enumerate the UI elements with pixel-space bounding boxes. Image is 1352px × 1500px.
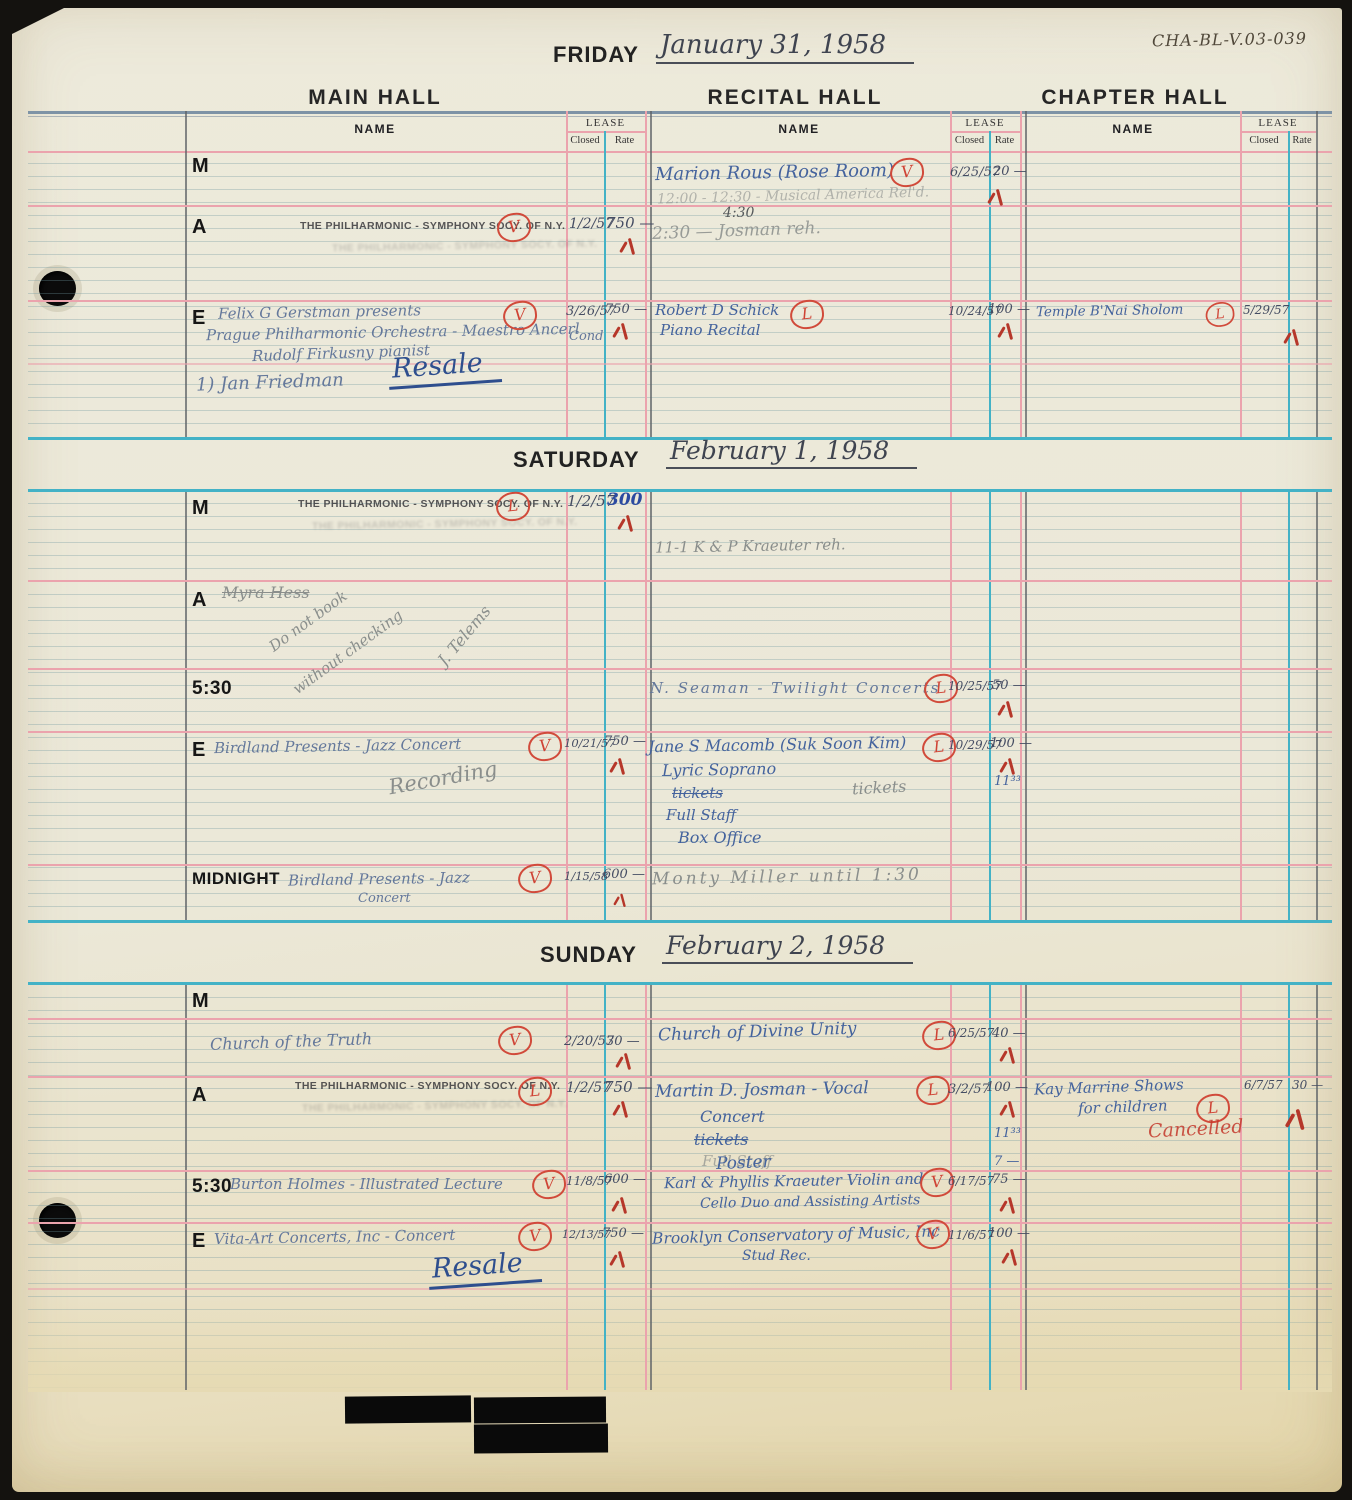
entry-saturday-recital-e-line5: Box Office — [678, 828, 762, 847]
entry-sunday-recital-a-line2: Concert — [700, 1107, 765, 1126]
entry-saturday-midnight-closed: 1/15/58 — [564, 869, 608, 883]
column-line — [950, 490, 952, 921]
row-label-530-sunday: 5:30 — [192, 1176, 232, 1198]
entry-friday-recital-m-time-alt: 4:30 — [723, 205, 754, 221]
row-divider — [28, 363, 1332, 365]
column-line — [1025, 111, 1027, 437]
entry-friday-recital-m-rate: 20 — — [993, 164, 1027, 179]
column-line — [1020, 111, 1022, 437]
column-line — [604, 131, 606, 437]
section-boundary — [28, 982, 1332, 985]
row-divider — [28, 731, 1332, 733]
entry-sunday-recital-a-line5: Poster — [716, 1152, 771, 1174]
entry-sunday-recital-a-closed: 3/2/57 — [948, 1082, 990, 1097]
header-bottom-line — [28, 151, 1332, 153]
entry-sunday-recital-m-rate: 40 — — [992, 1026, 1026, 1041]
red-check-icon — [614, 893, 628, 907]
row-divider — [28, 1018, 1332, 1020]
red-check-icon — [1284, 328, 1302, 346]
column-line — [950, 111, 952, 437]
entry-sunday-recital-530-rate: 75 — — [992, 1172, 1026, 1187]
column-line — [1288, 131, 1290, 437]
redaction-box — [345, 1395, 471, 1423]
red-check-icon — [1286, 1108, 1309, 1131]
column-line — [650, 111, 652, 437]
entry-saturday-recital-e-line2: Lyric Soprano — [662, 759, 776, 780]
entry-friday-recital-e-rate: 100 — — [988, 302, 1030, 317]
entry-sunday-main-e-rate: 750 — — [602, 1226, 644, 1241]
column-line — [1288, 984, 1290, 1390]
entry-saturday-midnight-rate: 600 — — [603, 867, 645, 882]
entry-sunday-chapter-a-closed: 6/7/57 — [1244, 1078, 1283, 1092]
column-line — [604, 490, 606, 921]
entry-saturday-recital-e-rate2: 11³³ — [994, 774, 1021, 789]
lease-divider-chapter — [1240, 131, 1316, 133]
entry-saturday-recital-530-rate: 50 — — [992, 678, 1026, 693]
entry-sunday-main-m-rate: 30 — — [606, 1034, 640, 1049]
row-divider — [28, 668, 1332, 670]
date-saturday: February 1, 1958 — [666, 436, 917, 469]
entry-sunday-recital-a-rate2: 11³³ — [994, 1126, 1021, 1141]
entry-sunday-recital-a-rate: 100 — — [986, 1080, 1028, 1095]
column-line — [1020, 490, 1022, 921]
entry-saturday-main-m-rate: 300 — [607, 490, 643, 510]
entry-friday-main-a-rate: 750 — — [606, 214, 654, 232]
red-check-icon — [998, 700, 1016, 718]
entry-saturday-recital-m-note: 11-1 K & P Kraeuter reh. — [655, 535, 846, 556]
entry-friday-main-e-line1: Felix G Gerstman presents — [218, 301, 421, 323]
column-line — [989, 490, 991, 921]
column-line — [566, 111, 568, 437]
day-title-sunday: SUNDAY — [540, 942, 637, 968]
row-divider — [28, 1288, 1332, 1290]
day-title-friday: FRIDAY — [553, 42, 639, 68]
row-divider — [28, 1222, 1332, 1224]
column-line — [185, 490, 187, 921]
closed-label-chapter: Closed — [1240, 135, 1288, 146]
page-bottom-fade — [28, 1300, 1332, 1392]
lease-label-main: LEASE — [566, 117, 645, 129]
entry-friday-recital-e-line1: Robert D Schick — [655, 301, 779, 319]
row-label-m-saturday: M — [192, 497, 209, 520]
column-line — [650, 984, 652, 1390]
closed-label-main: Closed — [566, 135, 604, 146]
row-label-a-friday: A — [192, 216, 206, 239]
closed-label-recital: Closed — [950, 135, 989, 146]
entry-saturday-recital-e-note: tickets — [852, 777, 907, 799]
hall-title-main: MAIN HALL — [275, 86, 475, 110]
row-label-midnight-saturday: MIDNIGHT — [192, 869, 280, 889]
column-line — [185, 984, 187, 1390]
column-line — [1025, 490, 1027, 921]
column-line — [566, 490, 568, 921]
col-header-name-main: NAME — [275, 122, 475, 136]
redaction-box — [474, 1397, 606, 1424]
red-check-icon — [1000, 757, 1018, 775]
red-check-icon — [998, 322, 1016, 340]
rate-label-recital: Rate — [989, 135, 1020, 146]
red-check-icon — [613, 1100, 631, 1118]
col-header-name-chapter: NAME — [1033, 122, 1233, 136]
entry-sunday-recital-530-closed: 6/17/57 — [948, 1174, 994, 1188]
entry-saturday-main-a-name: Myra Hess — [222, 583, 310, 602]
date-sunday: February 2, 1958 — [662, 931, 913, 964]
row-divider — [28, 580, 1332, 582]
header-top-line-2 — [28, 116, 1332, 117]
row-divider — [28, 1170, 1332, 1172]
column-line — [1240, 984, 1242, 1390]
column-line — [1316, 490, 1318, 921]
red-check-icon — [1000, 1046, 1018, 1064]
row-label-a-saturday: A — [192, 589, 206, 612]
column-line — [185, 111, 187, 437]
lease-label-recital: LEASE — [950, 117, 1020, 129]
header-top-line — [28, 111, 1332, 114]
day-title-saturday: SATURDAY — [513, 447, 640, 473]
section-boundary — [28, 489, 1332, 492]
section-boundary — [28, 920, 1332, 923]
entry-saturday-midnight-line2: Concert — [358, 891, 411, 906]
lease-divider-recital — [950, 131, 1020, 133]
column-line — [1240, 111, 1242, 437]
row-label-e-friday: E — [192, 307, 205, 330]
entry-sunday-recital-e-rate: 100 — — [988, 1226, 1030, 1241]
lease-label-chapter: LEASE — [1240, 117, 1316, 129]
entry-saturday-main-e-rate: 750 — — [604, 734, 646, 749]
row-label-m-sunday: M — [192, 990, 209, 1013]
red-check-icon — [1000, 1100, 1018, 1118]
column-line — [1240, 490, 1242, 921]
entry-sunday-main-a-rate: 750 — — [604, 1078, 652, 1096]
entry-friday-recital-e-line2: Piano Recital — [660, 321, 760, 339]
entry-sunday-recital-e-line2: Stud Rec. — [742, 1248, 811, 1264]
entry-sunday-recital-a-line1: Martin D. Josman - Vocal — [655, 1078, 869, 1102]
catalog-number: CHA-BL-V.03-039 — [1152, 29, 1307, 51]
red-check-icon — [618, 514, 636, 532]
hall-title-recital: RECITAL HALL — [695, 86, 895, 110]
hall-title-chapter: CHAPTER HALL — [1035, 86, 1235, 110]
entry-friday-chapter-e-closed: 5/29/57 — [1243, 303, 1289, 317]
rate-label-main: Rate — [604, 135, 645, 146]
entry-friday-main-e-line2b: Cond — [569, 329, 603, 344]
red-check-icon — [613, 322, 631, 340]
red-check-icon — [610, 1250, 628, 1268]
column-line — [645, 111, 647, 437]
row-label-a-sunday: A — [192, 1084, 206, 1107]
entry-saturday-recital-e-line4: Full Staff — [666, 806, 736, 824]
column-line — [645, 984, 647, 1390]
red-check-icon — [1000, 1196, 1018, 1214]
entry-sunday-recital-a-rate3: 7 — — [994, 1154, 1019, 1169]
column-line — [1025, 984, 1027, 1390]
redaction-box — [474, 1424, 608, 1454]
lease-divider-main — [566, 131, 645, 133]
col-header-name-recital: NAME — [699, 122, 899, 136]
entry-saturday-recital-530-name: N. Seaman - Twilight Concerts — [650, 679, 940, 697]
row-label-e-saturday: E — [192, 739, 205, 762]
column-line — [650, 490, 652, 921]
red-check-icon — [610, 757, 628, 775]
column-line — [1316, 111, 1318, 437]
entry-saturday-midnight-line1: Birdland Presents - Jazz — [288, 868, 470, 889]
row-label-530-saturday: 5:30 — [192, 678, 232, 700]
column-line — [1020, 984, 1022, 1390]
entry-saturday-recital-e-line3: tickets — [672, 784, 723, 802]
row-divider — [28, 864, 1332, 866]
red-check-icon — [620, 237, 638, 255]
row-label-m-friday: M — [192, 155, 209, 178]
red-check-icon — [988, 188, 1006, 206]
date-friday: January 31, 1958 — [656, 30, 914, 64]
red-check-icon — [616, 1052, 634, 1070]
rate-label-chapter: Rate — [1288, 135, 1316, 146]
entry-friday-recital-m-name: Marion Rous (Rose Room) — [655, 160, 894, 185]
red-check-icon — [612, 1196, 630, 1214]
entry-sunday-chapter-a-rate: 30 — — [1292, 1078, 1323, 1092]
entry-sunday-recital-a-line3: tickets — [694, 1130, 748, 1149]
column-line — [1288, 490, 1290, 921]
entry-friday-main-e-rate: 750 — — [605, 302, 647, 317]
column-line — [645, 490, 647, 921]
entry-sunday-main-530-rate: 600 — — [604, 1172, 646, 1187]
row-label-e-sunday: E — [192, 1230, 205, 1253]
column-line — [1316, 984, 1318, 1390]
entry-saturday-recital-e-rate: 100 — — [990, 736, 1032, 751]
entry-sunday-chapter-a-line2: for children — [1078, 1096, 1168, 1117]
red-check-icon — [1002, 1248, 1020, 1266]
entry-friday-chapter-e-name: Temple B'Nai Sholom — [1036, 302, 1184, 321]
entry-sunday-recital-m-closed: 6/25/57 — [948, 1026, 994, 1040]
entry-sunday-main-530-name: Burton Holmes - Illustrated Lecture — [230, 1175, 503, 1193]
